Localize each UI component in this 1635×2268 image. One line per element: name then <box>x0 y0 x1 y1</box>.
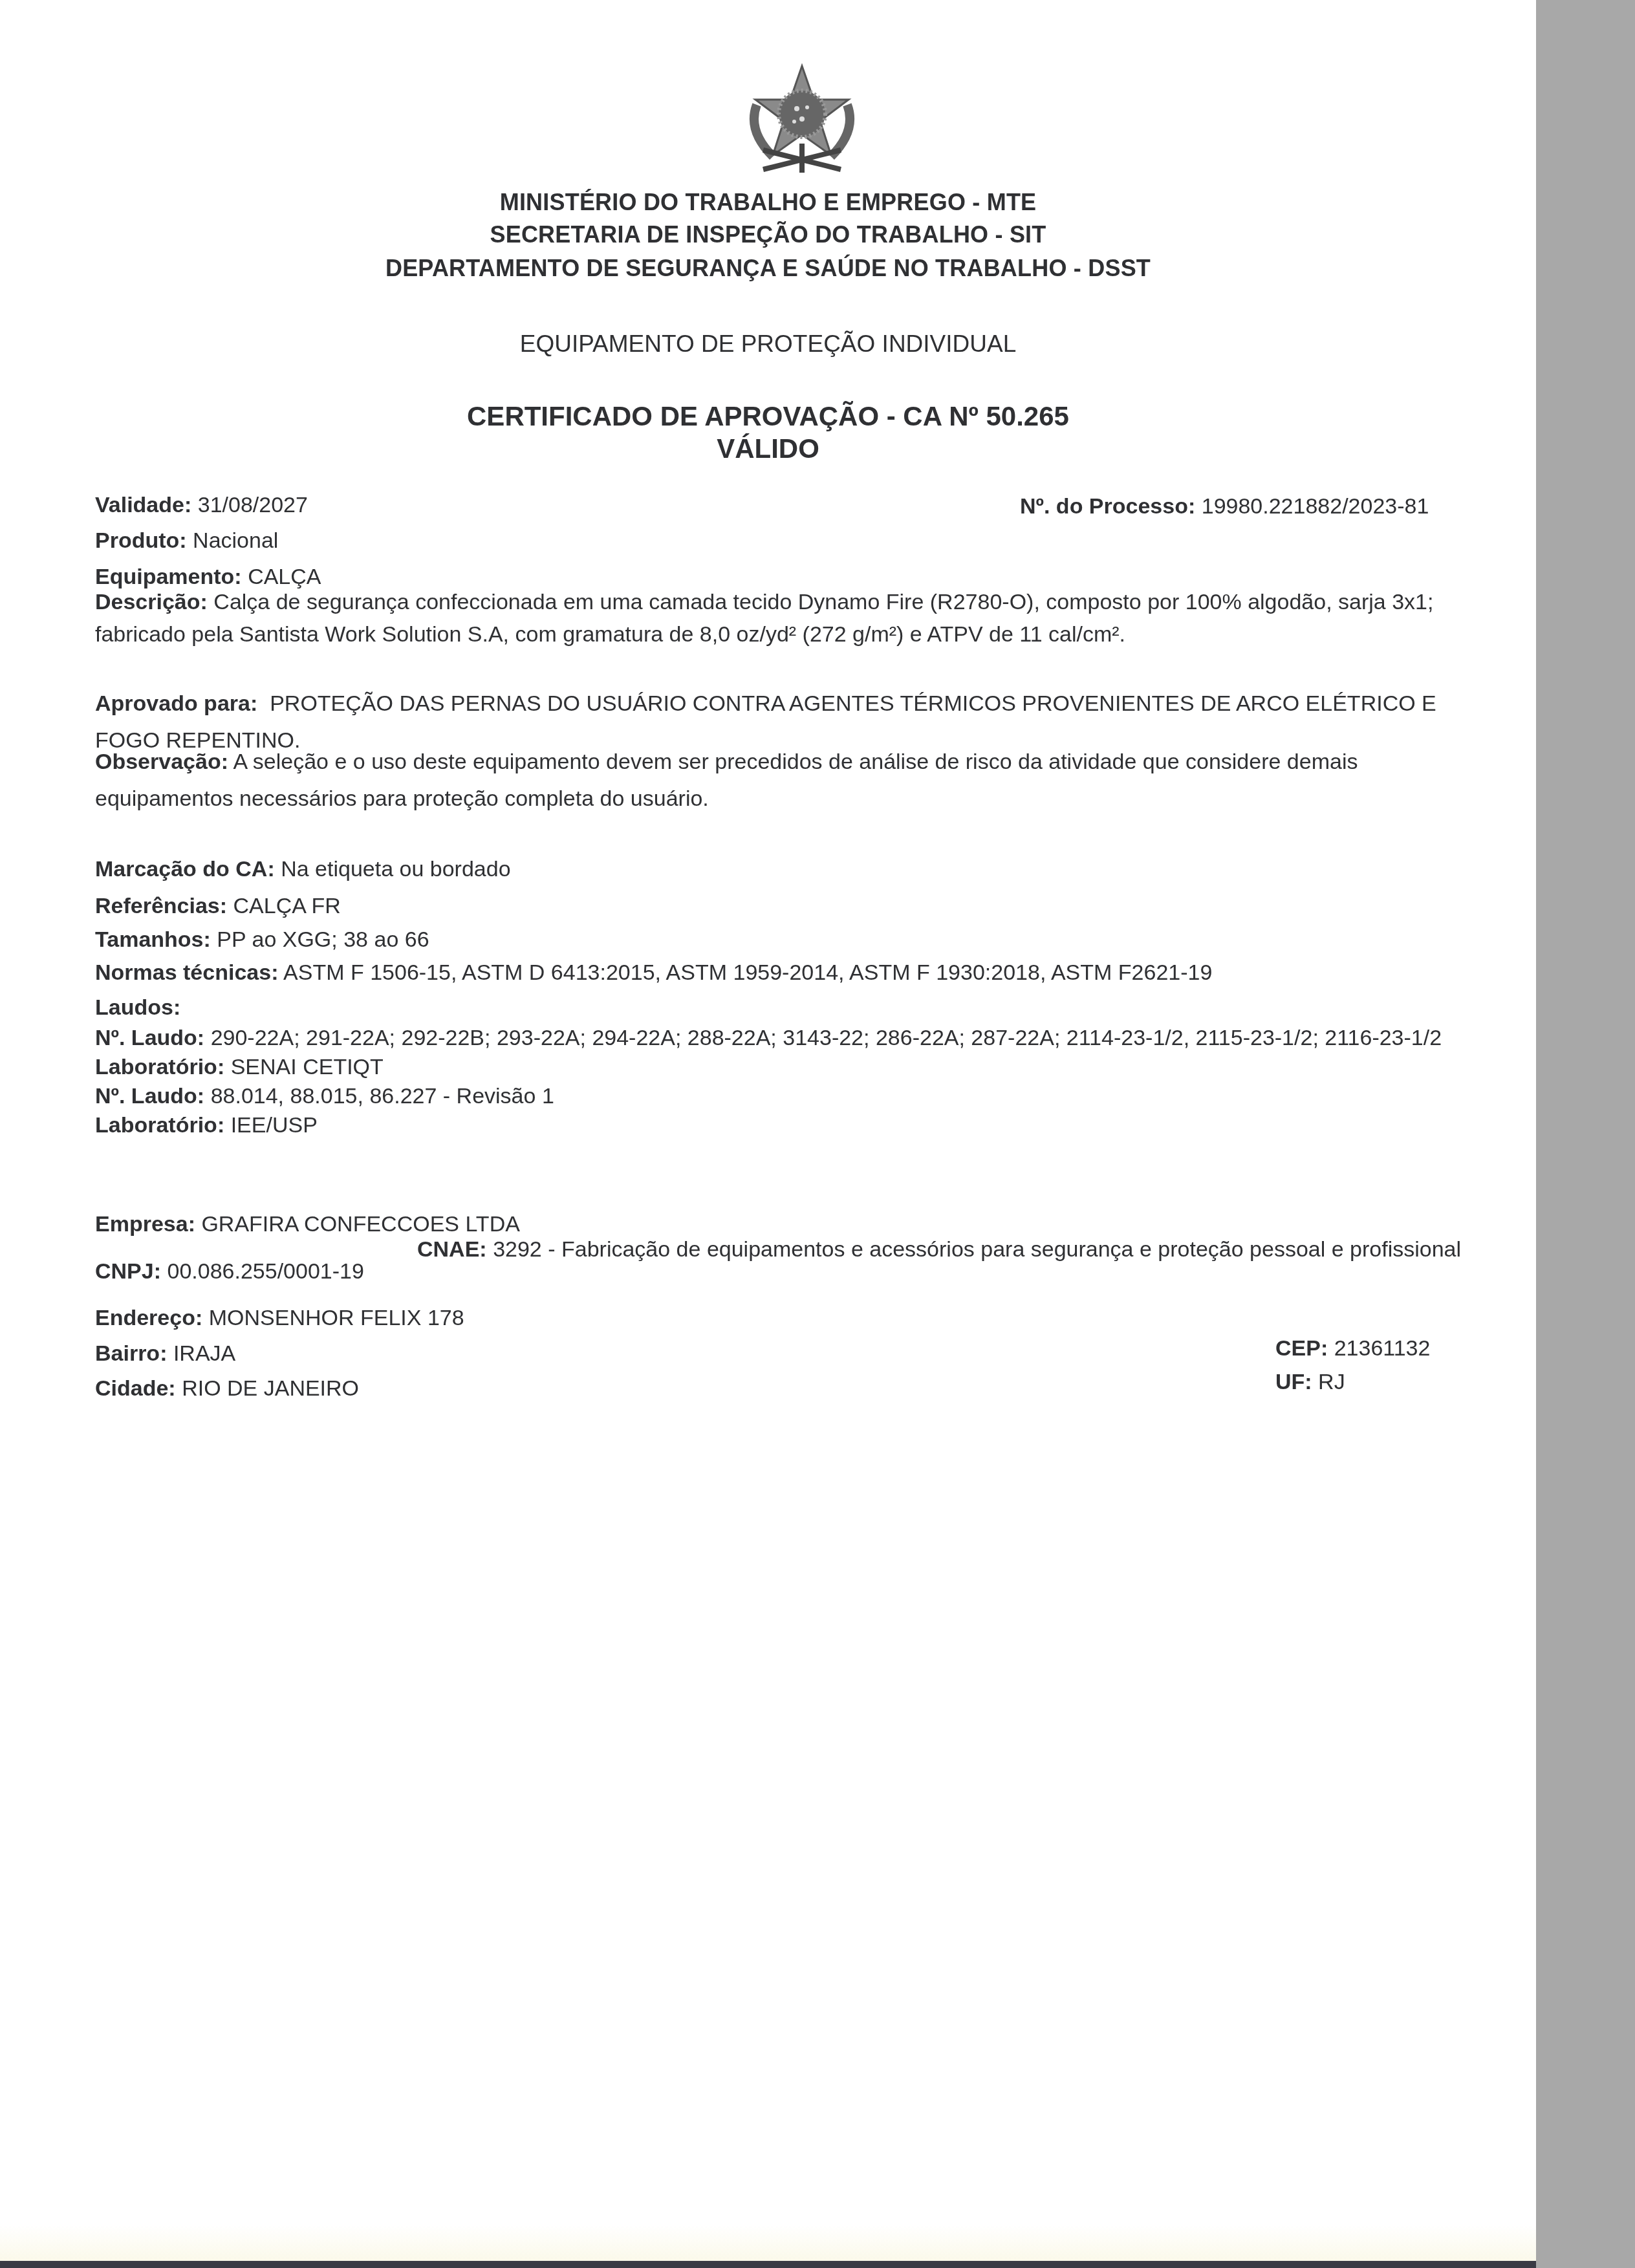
bairro-field: Bairro: IRAJA <box>95 1337 235 1371</box>
cidade-field: Cidade: RIO DE JANEIRO <box>95 1372 359 1406</box>
descricao-label: Descrição: <box>95 590 208 614</box>
laboratorio-value: SENAI CETIQT <box>231 1055 384 1079</box>
cnae-field: CNAE: 3292 - Fabricação de equipamentos … <box>417 1234 1484 1265</box>
tamanhos-label: Tamanhos: <box>95 927 211 952</box>
observacao-value: A seleção e o uso deste equipamento deve… <box>95 750 1358 811</box>
empresa-label: Empresa: <box>95 1212 195 1237</box>
produto-label: Produto: <box>95 528 187 553</box>
scanner-background-edge <box>1536 0 1635 2268</box>
bairro-value: IRAJA <box>173 1341 235 1366</box>
laudo-entry-1: Nº. Laudo: 290-22A; 291-22A; 292-22B; 29… <box>95 1024 1479 1140</box>
referencias-field: Referências: CALÇA FR <box>95 889 341 923</box>
processo-value: 19980.221882/2023-81 <box>1202 494 1429 519</box>
normas-label: Normas técnicas: <box>95 960 278 985</box>
endereco-label: Endereço: <box>95 1306 202 1330</box>
validade-value: 31/08/2027 <box>198 493 308 517</box>
laudo-number-label: Nº. Laudo: <box>95 1084 204 1108</box>
page-bottom-tint <box>0 2225 1536 2261</box>
tamanhos-field: Tamanhos: PP ao XGG; 38 ao 66 <box>95 923 429 957</box>
scanner-bottom-edge <box>0 2261 1536 2268</box>
laudo-number-label: Nº. Laudo: <box>95 1026 204 1050</box>
laudo-number-value: 88.014, 88.015, 86.227 - Revisão 1 <box>211 1084 554 1108</box>
certificate-status: VÁLIDO <box>0 433 1536 464</box>
normas-value: ASTM F 1506-15, ASTM D 6413:2015, ASTM 1… <box>283 960 1212 985</box>
cep-field: CEP: 21361132 <box>1275 1336 1430 1361</box>
marcacao-value: Na etiqueta ou bordado <box>281 857 510 881</box>
laudo-number-value: 290-22A; 291-22A; 292-22B; 293-22A; 294-… <box>211 1026 1442 1050</box>
endereco-value: MONSENHOR FELIX 178 <box>209 1306 464 1330</box>
category-heading: EQUIPAMENTO DE PROTEÇÃO INDIVIDUAL <box>0 330 1536 358</box>
cnpj-value: 00.086.255/0001-19 <box>167 1259 363 1284</box>
uf-value: RJ <box>1318 1370 1345 1394</box>
empresa-value: GRAFIRA CONFECCOES LTDA <box>201 1212 519 1237</box>
marcacao-label: Marcação do CA: <box>95 857 275 881</box>
certificate-title: CERTIFICADO DE APROVAÇÃO - CA Nº 50.265 <box>0 401 1536 432</box>
ministry-heading: MINISTÉRIO DO TRABALHO E EMPREGO - MTE <box>0 189 1536 216</box>
referencias-value: CALÇA FR <box>233 894 341 918</box>
laudos-heading: Laudos: <box>95 991 180 1025</box>
department-heading: DEPARTAMENTO DE SEGURANÇA E SAÚDE NO TRA… <box>0 255 1536 282</box>
descricao-field: Descrição: Calça de segurança confeccion… <box>95 586 1479 651</box>
laboratorio-value: IEE/USP <box>231 1113 318 1138</box>
laboratorio-label: Laboratório: <box>95 1113 224 1138</box>
observacao-field: Observação: A seleção e o uso deste equi… <box>95 744 1479 817</box>
endereco-field: Endereço: MONSENHOR FELIX 178 <box>95 1301 464 1335</box>
bairro-label: Bairro: <box>95 1341 167 1366</box>
cnae-label: CNAE: <box>417 1237 487 1262</box>
validade-field: Validade: 31/08/2027 <box>95 488 308 523</box>
normas-field: Normas técnicas: ASTM F 1506-15, ASTM D … <box>95 956 1212 990</box>
aprovado-para-label: Aprovado para: <box>95 691 257 716</box>
secretariat-heading: SECRETARIA DE INSPEÇÃO DO TRABALHO - SIT <box>0 221 1536 248</box>
cep-value: 21361132 <box>1334 1336 1431 1361</box>
cidade-label: Cidade: <box>95 1376 176 1401</box>
brazil-coat-of-arms-icon <box>737 59 867 176</box>
marcacao-field: Marcação do CA: Na etiqueta ou bordado <box>95 852 511 887</box>
cidade-value: RIO DE JANEIRO <box>182 1376 359 1401</box>
laboratorio-label: Laboratório: <box>95 1055 224 1079</box>
cnpj-label: CNPJ: <box>95 1259 161 1284</box>
processo-field: Nº. do Processo: 19980.221882/2023-81 <box>1020 494 1429 519</box>
uf-field: UF: RJ <box>1275 1370 1345 1395</box>
validade-label: Validade: <box>95 493 191 517</box>
referencias-label: Referências: <box>95 894 227 918</box>
cnae-value: 3292 - Fabricação de equipamentos e aces… <box>493 1237 1461 1262</box>
descricao-value: Calça de segurança confeccionada em uma … <box>95 590 1433 647</box>
cnpj-field: CNPJ: 00.086.255/0001-19 <box>95 1255 364 1289</box>
uf-label: UF: <box>1275 1370 1312 1394</box>
tamanhos-value: PP ao XGG; 38 ao 66 <box>217 927 429 952</box>
produto-field: Produto: Nacional <box>95 524 278 558</box>
processo-label: Nº. do Processo: <box>1020 494 1195 519</box>
cep-label: CEP: <box>1275 1336 1328 1361</box>
produto-value: Nacional <box>193 528 278 553</box>
observacao-label: Observação: <box>95 750 228 774</box>
